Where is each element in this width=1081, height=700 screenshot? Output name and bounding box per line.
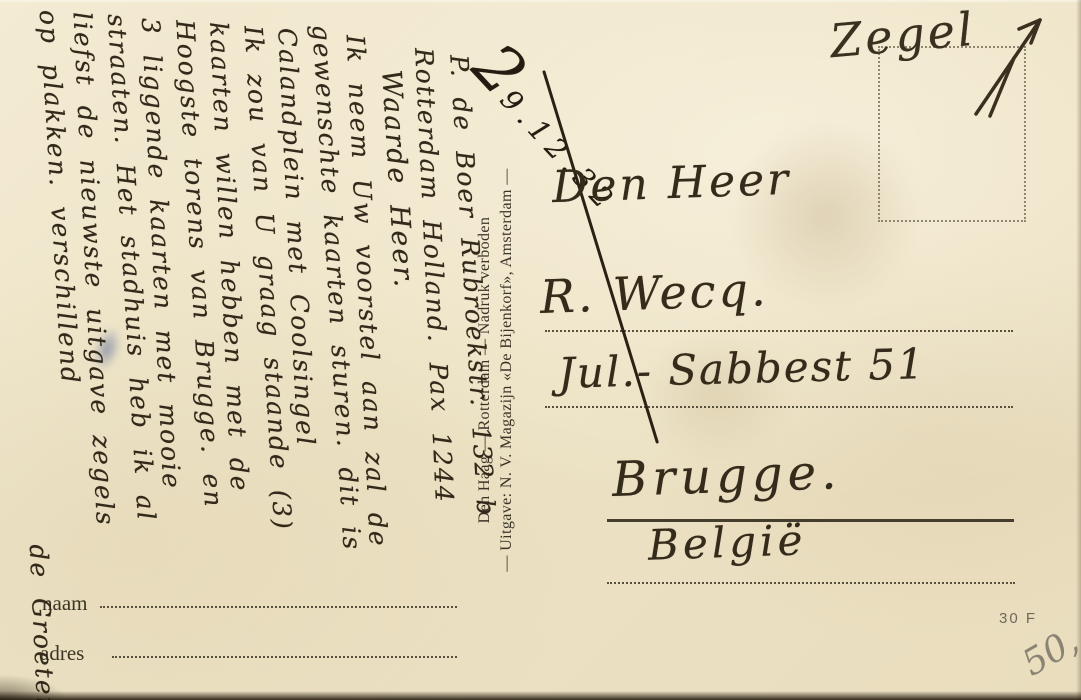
address-line-2 <box>545 406 1013 408</box>
address-name: R. Wecq. <box>539 262 769 324</box>
scan-edge-bottom <box>0 691 1081 700</box>
address-country: België <box>647 515 807 569</box>
pencil-mark: 50, <box>1016 620 1081 684</box>
postcard-back: — Uitgave: N. V. Magazijn «De Bijenkorf»… <box>0 0 1081 700</box>
handwritten-message: P. de Boer Rubroekstr. 132 bRotterdam Ho… <box>0 0 470 700</box>
address-line-1 <box>545 330 1013 332</box>
address-street: Jul.- Sabbest 51 <box>557 339 926 398</box>
scan-edge-right <box>1076 0 1081 700</box>
arrow-up-right-icon <box>962 8 1054 120</box>
address-line-4 <box>607 582 1015 584</box>
address-city: Brugge. <box>611 444 842 508</box>
address-salutation: Den Heer <box>551 154 792 213</box>
price-code: 30 F <box>999 610 1037 627</box>
scan-edge-top <box>0 0 1081 3</box>
